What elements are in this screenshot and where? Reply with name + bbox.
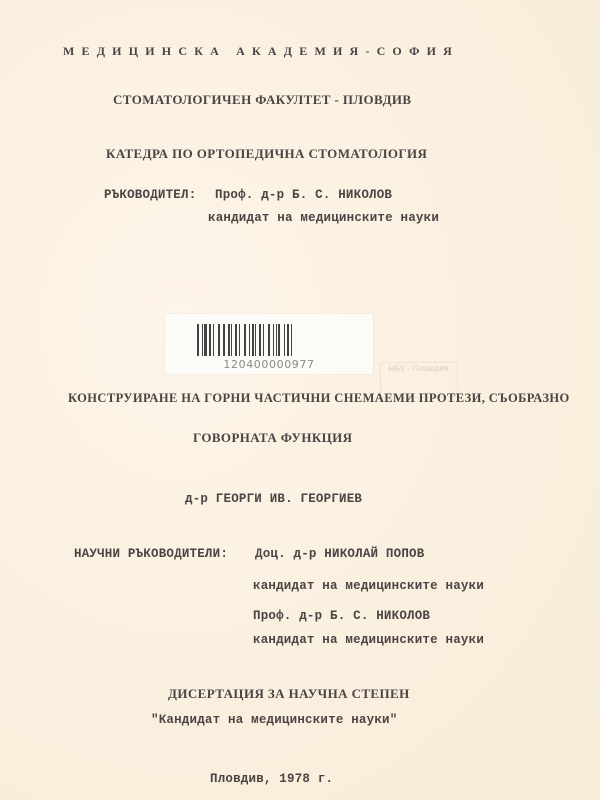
faculty-heading: СТОМАТОЛОГИЧЕН ФАКУЛТЕТ - ПЛОВДИВ <box>113 92 412 108</box>
head-title: кандидат на медицинските науки <box>208 211 439 225</box>
stamp-text: НБУ - Пловдив <box>381 362 457 375</box>
department-heading: КАТЕДРА ПО ОРТОПЕДИЧНА СТОМАТОЛОГИЯ <box>106 146 427 162</box>
degree-name: "Кандидат на медицинските науки" <box>151 713 397 727</box>
barcode-bars <box>197 324 357 356</box>
thesis-title-line2: ГОВОРНАТА ФУНКЦИЯ <box>193 430 352 446</box>
supervisors-label: НАУЧНИ РЪКОВОДИТЕЛИ: <box>74 547 228 561</box>
academy-heading: МЕДИЦИНСКА АКАДЕМИЯ-СОФИЯ <box>63 44 459 59</box>
head-label: РЪКОВОДИТЕЛ: <box>104 188 196 202</box>
head-name: Проф. д-р Б. С. НИКОЛОВ <box>215 188 392 202</box>
supervisor-2-title: кандидат на медицинските науки <box>253 633 484 647</box>
barcode-sticker: 120400000977 <box>165 314 373 374</box>
supervisor-2-name: Проф. д-р Б. С. НИКОЛОВ <box>253 609 430 623</box>
dissertation-label: ДИСЕРТАЦИЯ ЗА НАУЧНА СТЕПЕН <box>168 686 410 702</box>
thesis-title-line1: КОНСТРУИРАНЕ НА ГОРНИ ЧАСТИЧНИ СНЕМАЕМИ … <box>68 391 570 406</box>
author-name: д-р ГЕОРГИ ИВ. ГЕОРГИЕВ <box>185 492 362 506</box>
place-year: Пловдив, 1978 г. <box>210 772 333 786</box>
barcode-number: 120400000977 <box>165 358 373 371</box>
supervisor-1-name: Доц. д-р НИКОЛАЙ ПОПОВ <box>255 547 424 561</box>
supervisor-1-title: кандидат на медицинските науки <box>253 579 484 593</box>
